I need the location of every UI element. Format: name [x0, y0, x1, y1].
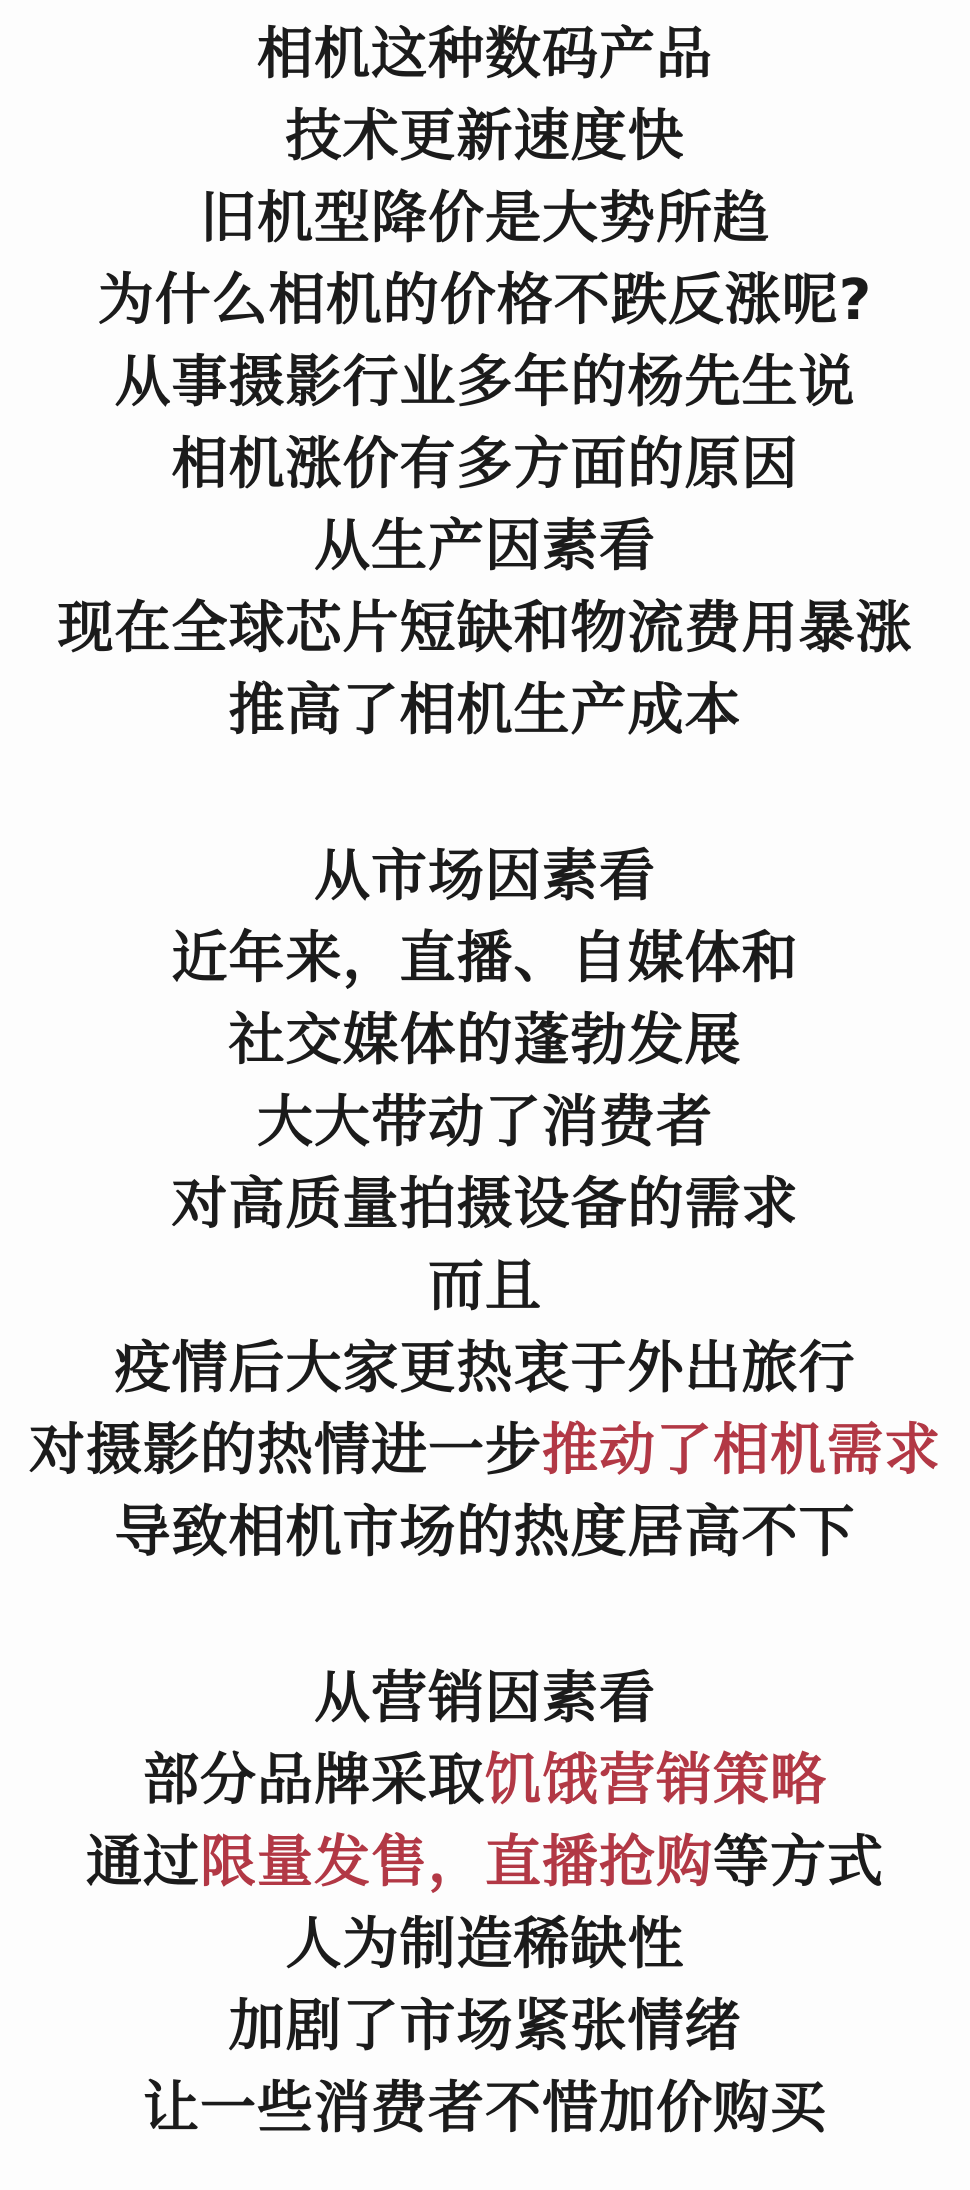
text-line: 疫情后大家更热衷于外出旅行 — [0, 1328, 970, 1410]
text-segment: 从市场因素看 — [314, 844, 656, 909]
text-line: 加剧了市场紧张情绪 — [0, 1986, 970, 2068]
text-segment: 等方式 — [713, 1830, 884, 1895]
text-line: 从市场因素看 — [0, 836, 970, 918]
text-segment: 而且 — [428, 1254, 542, 1319]
paragraph-marketing-factors: 从营销因素看部分品牌采取饥饿营销策略通过限量发售，直播抢购等方式人为制造稀缺性加… — [0, 1658, 970, 2150]
text-segment: 相机这种数码产品 — [257, 22, 713, 87]
text-segment: 为什么相机的价格不跌反涨呢? — [98, 268, 872, 333]
text-line: 近年来，直播、自媒体和 — [0, 918, 970, 1000]
text-segment: 大大带动了消费者 — [257, 1090, 713, 1155]
text-segment: 从生产因素看 — [314, 514, 656, 579]
text-segment: 推高了相机生产成本 — [229, 678, 742, 743]
article: 相机这种数码产品技术更新速度快旧机型降价是大势所趋为什么相机的价格不跌反涨呢?从… — [0, 14, 970, 2150]
text-segment: 加剧了市场紧张情绪 — [229, 1994, 742, 2059]
text-line: 社交媒体的蓬勃发展 — [0, 1000, 970, 1082]
text-segment: 从营销因素看 — [314, 1666, 656, 1731]
text-line: 相机这种数码产品 — [0, 14, 970, 96]
text-segment: 从事摄影行业多年的杨先生说 — [115, 350, 856, 415]
text-segment: 人为制造稀缺性 — [286, 1912, 685, 1977]
text-line: 而且 — [0, 1246, 970, 1328]
text-line: 导致相机市场的热度居高不下 — [0, 1492, 970, 1574]
text-line: 从营销因素看 — [0, 1658, 970, 1740]
text-segment: 疫情后大家更热衷于外出旅行 — [115, 1336, 856, 1401]
paragraph-market-factors: 从市场因素看近年来，直播、自媒体和社交媒体的蓬勃发展大大带动了消费者对高质量拍摄… — [0, 836, 970, 1574]
text-line: 为什么相机的价格不跌反涨呢? — [0, 260, 970, 342]
text-segment: 社交媒体的蓬勃发展 — [229, 1008, 742, 1073]
text-line: 旧机型降价是大势所趋 — [0, 178, 970, 260]
text-line: 相机涨价有多方面的原因 — [0, 424, 970, 506]
text-line: 部分品牌采取饥饿营销策略 — [0, 1740, 970, 1822]
text-line: 对摄影的热情进一步推动了相机需求 — [0, 1410, 970, 1492]
text-line: 推高了相机生产成本 — [0, 670, 970, 752]
text-segment: 导致相机市场的热度居高不下 — [115, 1500, 856, 1565]
text-line: 人为制造稀缺性 — [0, 1904, 970, 1986]
text-line: 技术更新速度快 — [0, 96, 970, 178]
text-segment: 部分品牌采取 — [143, 1748, 485, 1813]
text-line: 从事摄影行业多年的杨先生说 — [0, 342, 970, 424]
text-segment: 对高质量拍摄设备的需求 — [172, 1172, 799, 1237]
text-card-page: 相机这种数码产品技术更新速度快旧机型降价是大势所趋为什么相机的价格不跌反涨呢?从… — [0, 0, 970, 2190]
text-segment: 相机涨价有多方面的原因 — [172, 432, 799, 497]
text-segment: 通过 — [86, 1830, 200, 1895]
text-segment: 旧机型降价是大势所趋 — [200, 186, 770, 251]
highlighted-text-segment: 限量发售，直播抢购 — [200, 1830, 713, 1895]
text-segment: 对摄影的热情进一步 — [29, 1418, 542, 1483]
text-line: 通过限量发售，直播抢购等方式 — [0, 1822, 970, 1904]
text-segment: 现在全球芯片短缺和物流费用暴涨 — [58, 596, 913, 661]
text-segment: 近年来，直播、自媒体和 — [172, 926, 799, 991]
text-line: 大大带动了消费者 — [0, 1082, 970, 1164]
text-segment: 让一些消费者不惜加价购买 — [143, 2076, 827, 2141]
highlighted-text-segment: 饥饿营销策略 — [485, 1748, 827, 1813]
text-line: 现在全球芯片短缺和物流费用暴涨 — [0, 588, 970, 670]
text-segment: 技术更新速度快 — [286, 104, 685, 169]
paragraph-intro-and-production-factors: 相机这种数码产品技术更新速度快旧机型降价是大势所趋为什么相机的价格不跌反涨呢?从… — [0, 14, 970, 752]
highlighted-text-segment: 推动了相机需求 — [542, 1418, 941, 1483]
text-line: 对高质量拍摄设备的需求 — [0, 1164, 970, 1246]
text-line: 让一些消费者不惜加价购买 — [0, 2068, 970, 2150]
text-line: 从生产因素看 — [0, 506, 970, 588]
